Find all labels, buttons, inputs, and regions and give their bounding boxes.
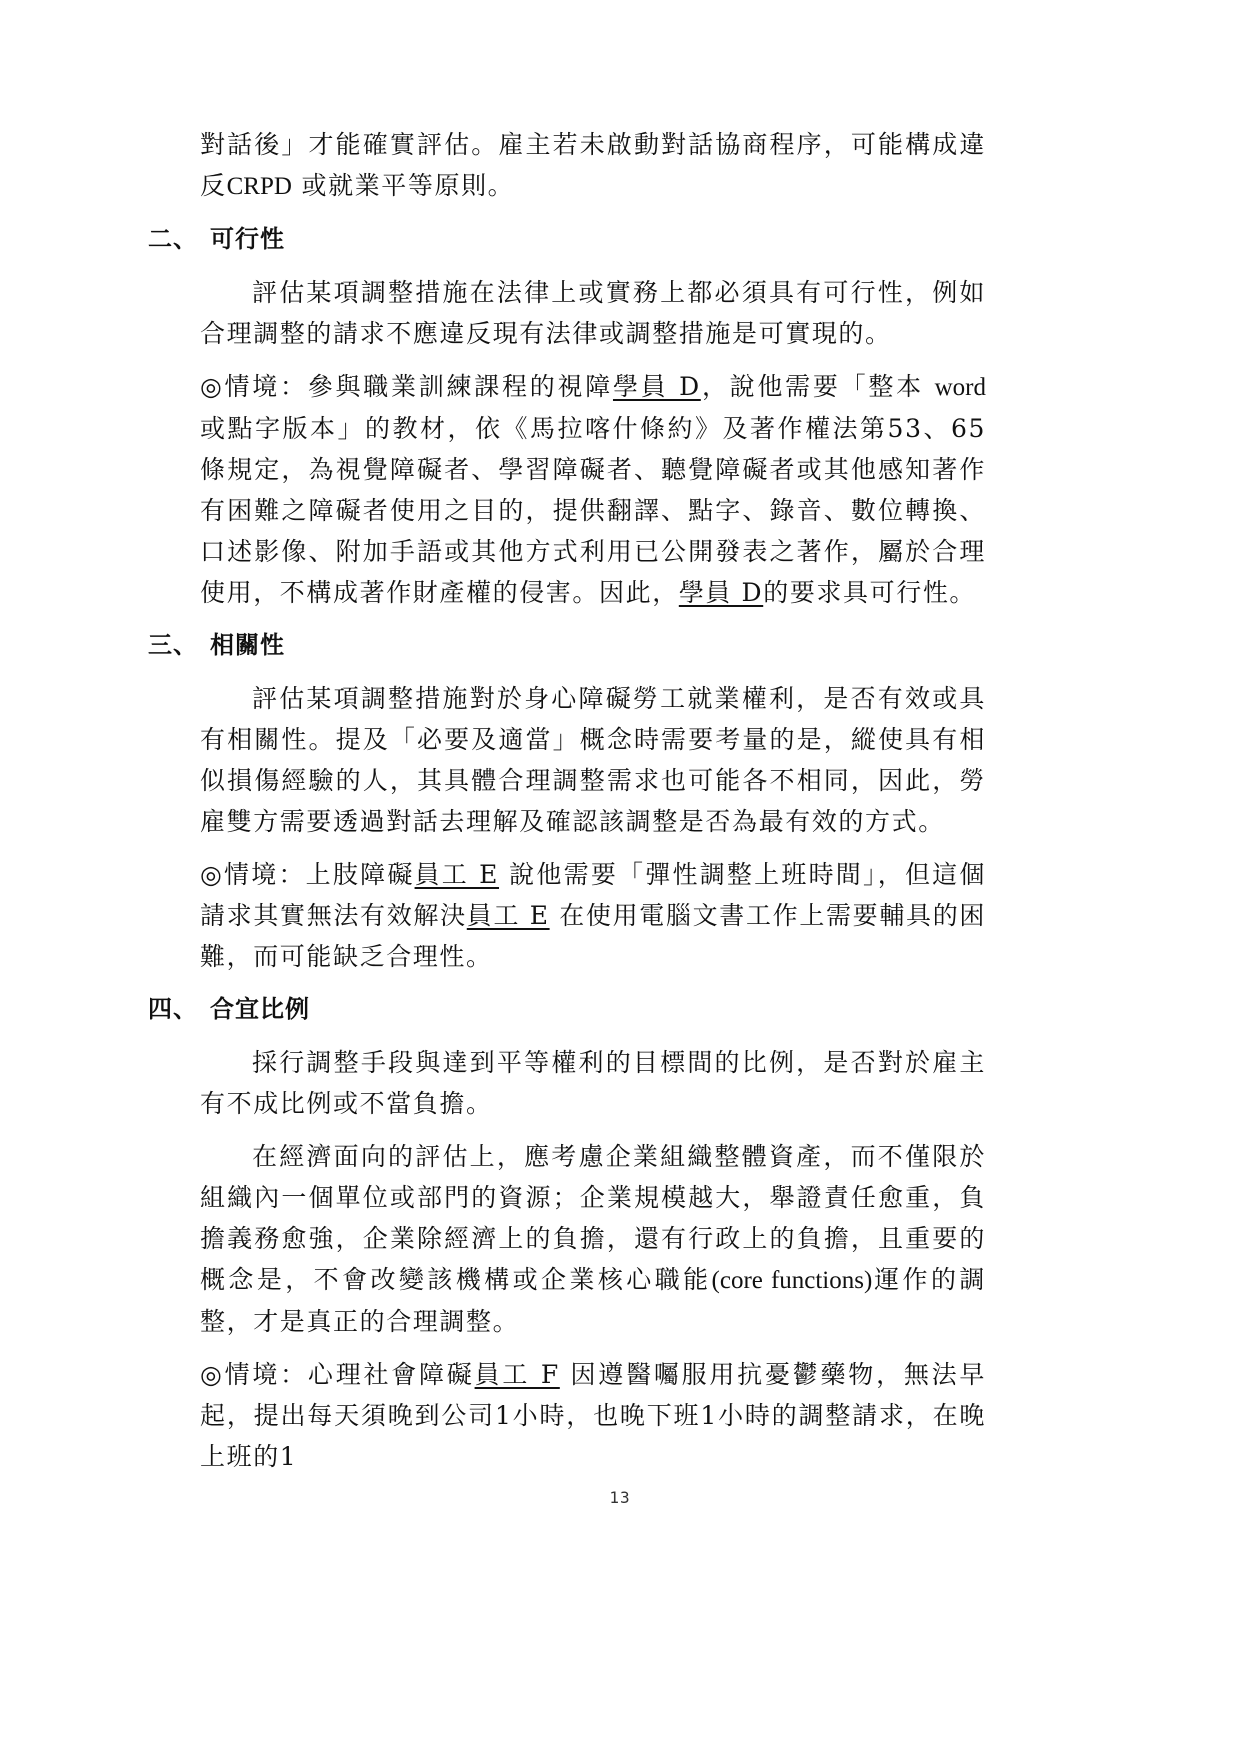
person-employee-e: 員工 E [467, 901, 550, 930]
person-student-d: 學員 D [679, 578, 763, 607]
scenario-text: ，說他需要「整本 [701, 372, 935, 401]
section-heading-feasibility: 二、 可行性 [148, 219, 986, 260]
intro-line-2: 或就業平等原則。 [292, 171, 514, 200]
proportionality-scenario: ◎情境：心理社會障礙員工 F 因遵醫囑服用抗憂鬱藥物，無法早起，提出每天須晚到公… [200, 1354, 986, 1477]
section-number: 四、 [148, 989, 210, 1030]
section-number: 三、 [148, 625, 210, 666]
page-number: 13 [0, 1488, 1240, 1507]
intro-paragraph: 對話後」才能確實評估。雇主若未啟動對話協商程序，可能構成違反CRPD 或就業平等… [200, 124, 986, 207]
feasibility-paragraph: 評估某項調整措施在法律上或實務上都必須具有可行性，例如合理調整的請求不應違反現有… [200, 272, 986, 354]
document-page: 對話後」才能確實評估。雇主若未啟動對話協商程序，可能構成違反CRPD 或就業平等… [0, 0, 1240, 1755]
scenario-suffix: 的要求具可行性。 [763, 578, 976, 607]
section-title: 合宜比例 [210, 989, 310, 1030]
section-heading-relevance: 三、 相關性 [148, 625, 986, 666]
relevance-paragraph: 評估某項調整措施對於身心障礙勞工就業權利，是否有效或具有相關性。提及「必要及適當… [200, 678, 986, 842]
core-functions-term: (core functions) [712, 1267, 873, 1294]
section-title: 可行性 [210, 219, 285, 260]
section-number: 二、 [148, 219, 210, 260]
scenario-prefix: ◎情境：心理社會障礙 [200, 1360, 475, 1389]
scenario-prefix: ◎情境：參與職業訓練課程的視障 [200, 372, 613, 401]
section-heading-proportionality: 四、 合宜比例 [148, 989, 986, 1030]
relevance-scenario: ◎情境：上肢障礙員工 E 說他需要「彈性調整上班時間」，但這個請求其實無法有效解… [200, 854, 986, 977]
section-title: 相關性 [210, 625, 285, 666]
scenario-prefix: ◎情境：上肢障礙 [200, 860, 415, 889]
page-body: 對話後」才能確實評估。雇主若未啟動對話協商程序，可能構成違反CRPD 或就業平等… [200, 124, 986, 1477]
person-employee-e: 員工 E [415, 860, 499, 889]
word-term: word [935, 374, 986, 401]
crpd-abbreviation: CRPD [227, 173, 292, 200]
person-student-d: 學員 D [613, 372, 701, 401]
feasibility-scenario: ◎情境：參與職業訓練課程的視障學員 D，說他需要「整本 word 或點字版本」的… [200, 366, 986, 613]
proportionality-paragraph-2: 在經濟面向的評估上，應考慮企業組織整體資產，而不僅限於組織內一個單位或部門的資源… [200, 1136, 986, 1342]
person-employee-f: 員工 F [475, 1360, 560, 1389]
proportionality-paragraph-1: 採行調整手段與達到平等權利的目標間的比例，是否對於雇主有不成比例或不當負擔。 [200, 1042, 986, 1124]
